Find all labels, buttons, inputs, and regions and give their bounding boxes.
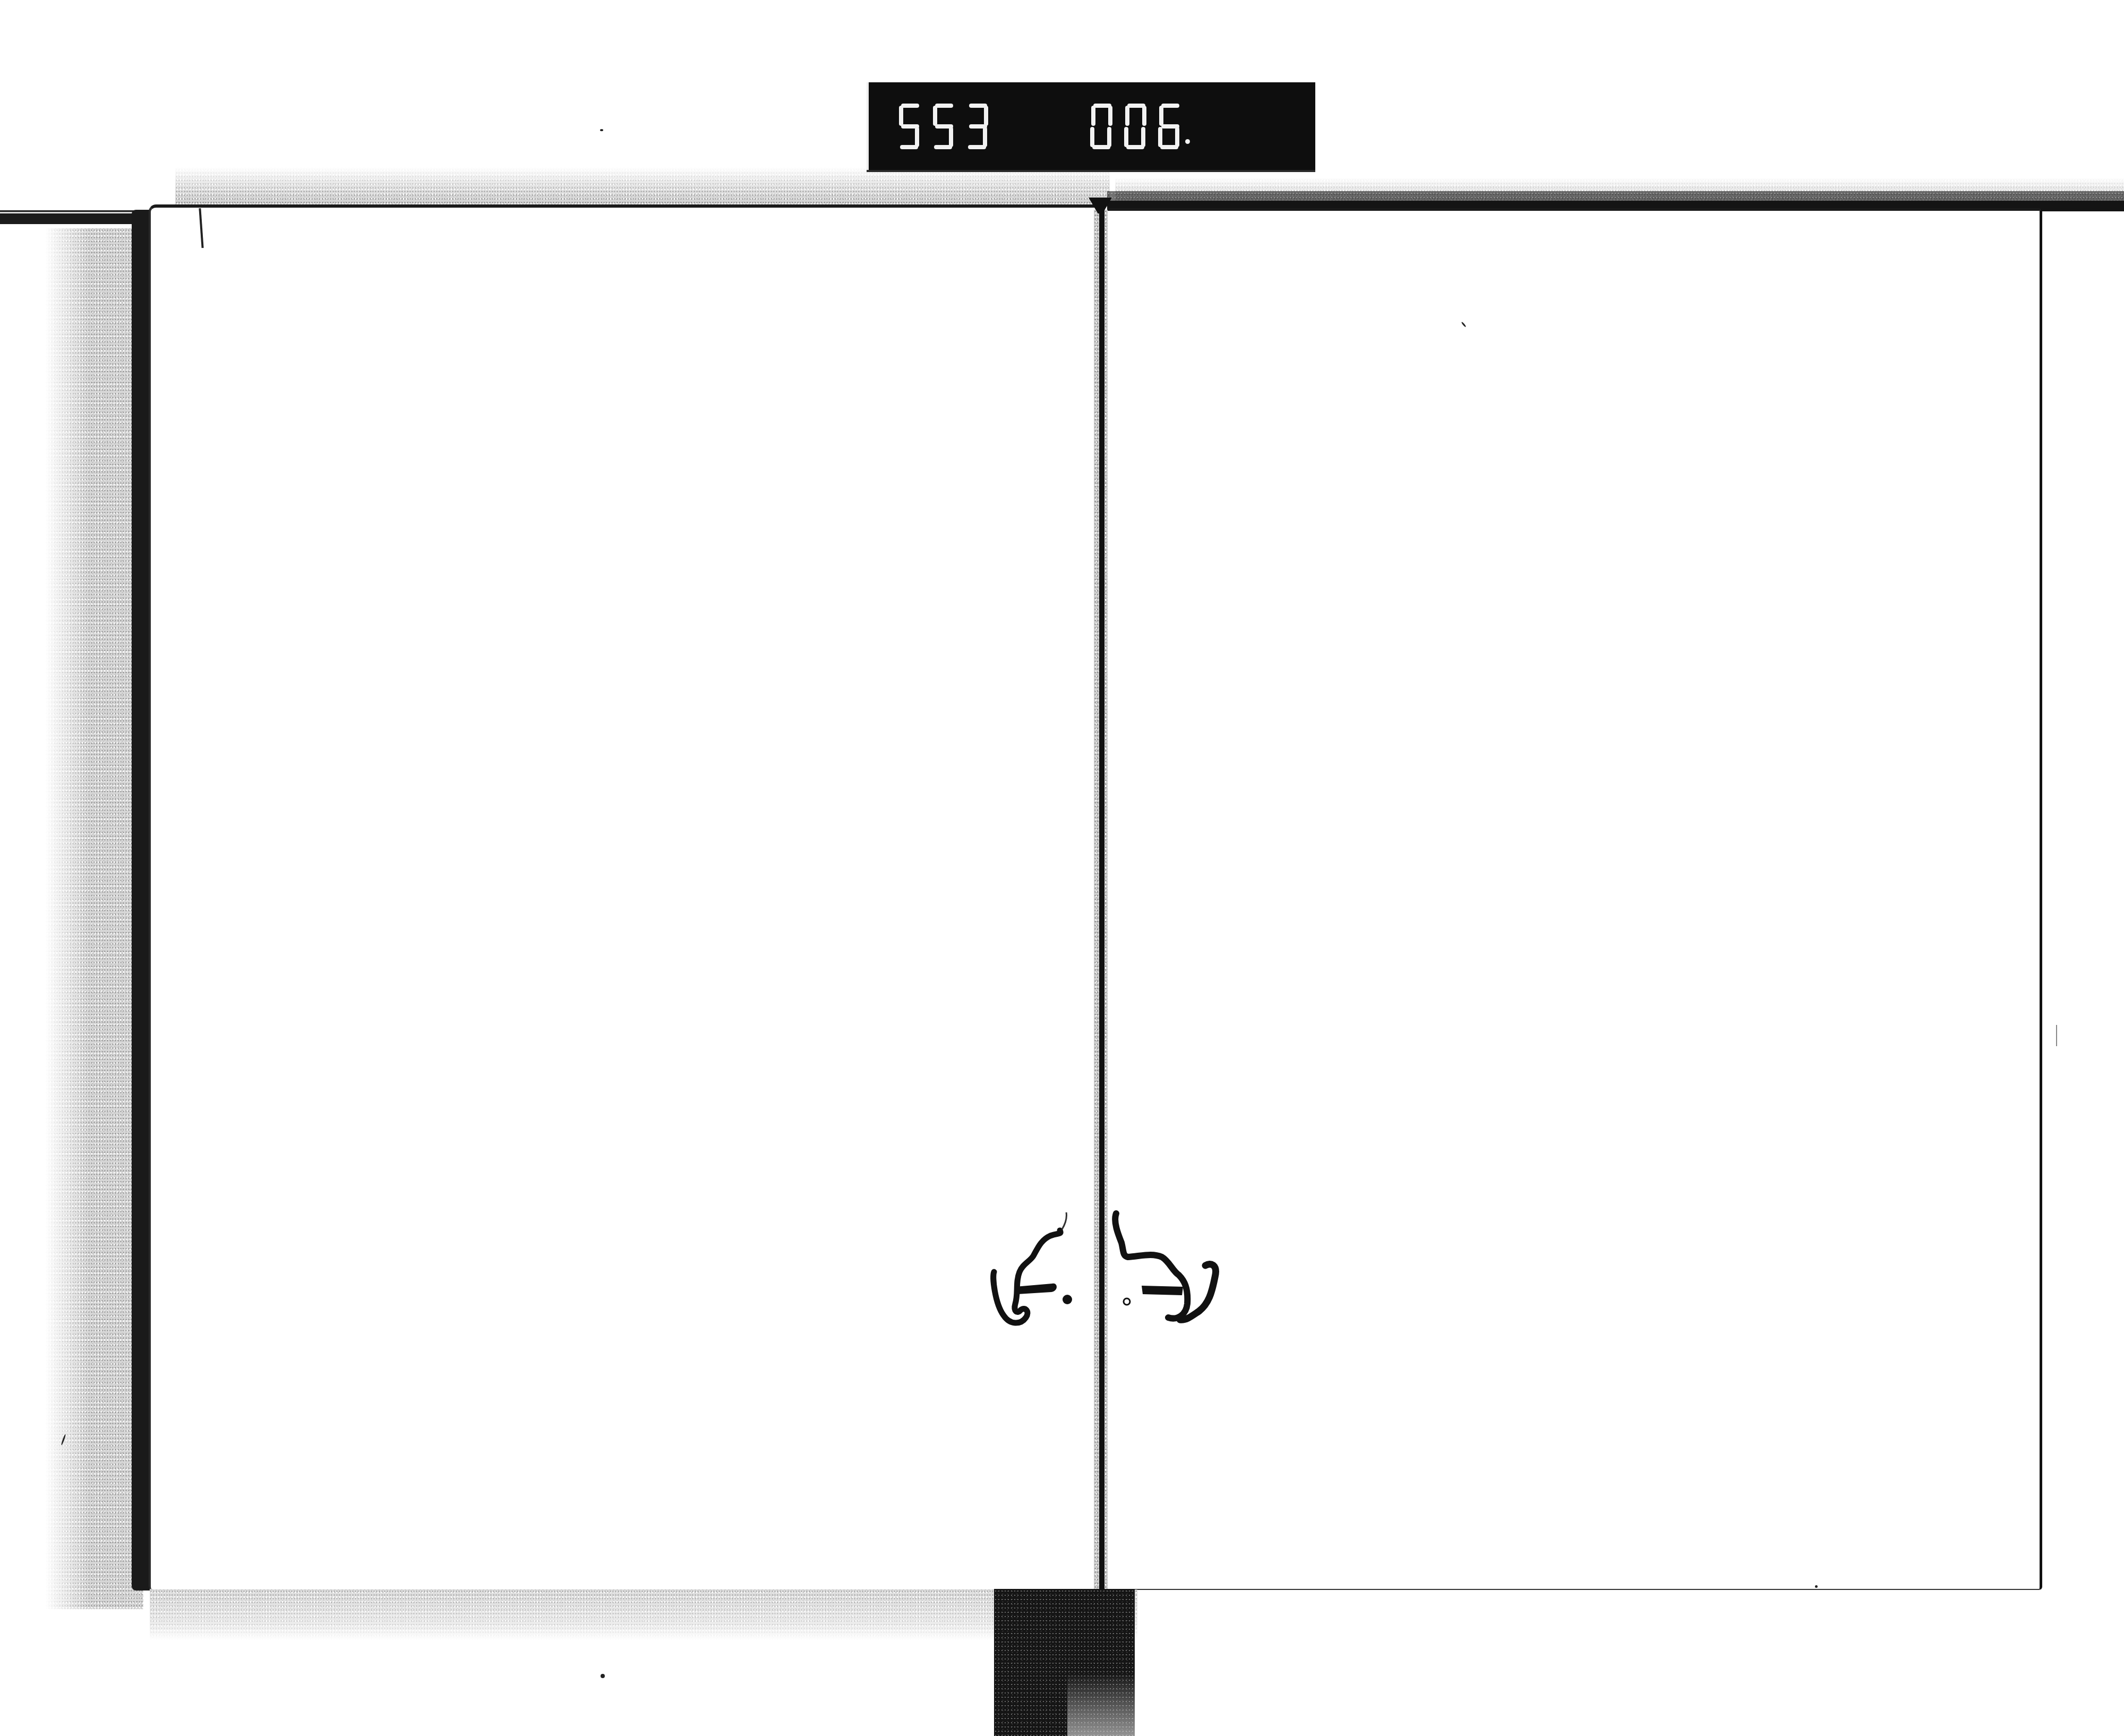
segment-digit: [1124, 104, 1147, 149]
cover-shadow: [45, 228, 143, 1609]
segment-digit: [898, 104, 921, 149]
ink-blot-left: [988, 1198, 1094, 1341]
left-page: [149, 204, 1095, 1589]
reel-number-label: 553 006.: [867, 82, 1315, 170]
speck: [600, 129, 603, 131]
speck: [601, 1674, 605, 1678]
right-page: [1108, 208, 2042, 1590]
ink-blot-right: [1110, 1198, 1227, 1341]
top-edge-texture: [1107, 191, 2124, 202]
support-block-highlight: [1067, 1673, 1135, 1736]
label-code-right: [1090, 104, 1181, 149]
bottom-shadow: [150, 1589, 1137, 1640]
segment-digit: [932, 104, 955, 149]
top-cover-edge-highlight: [0, 212, 143, 213]
segment-digit: [1090, 104, 1114, 149]
left-cover-edge: [132, 210, 150, 1590]
page-edge-mark: [2056, 1025, 2057, 1046]
segment-digit: [1158, 104, 1181, 149]
top-shadow-left: [175, 167, 1110, 207]
book-spine: [1099, 210, 1104, 1590]
speck: [1815, 1585, 1818, 1588]
label-code-left: [898, 104, 989, 149]
segment-digit: [966, 104, 989, 149]
